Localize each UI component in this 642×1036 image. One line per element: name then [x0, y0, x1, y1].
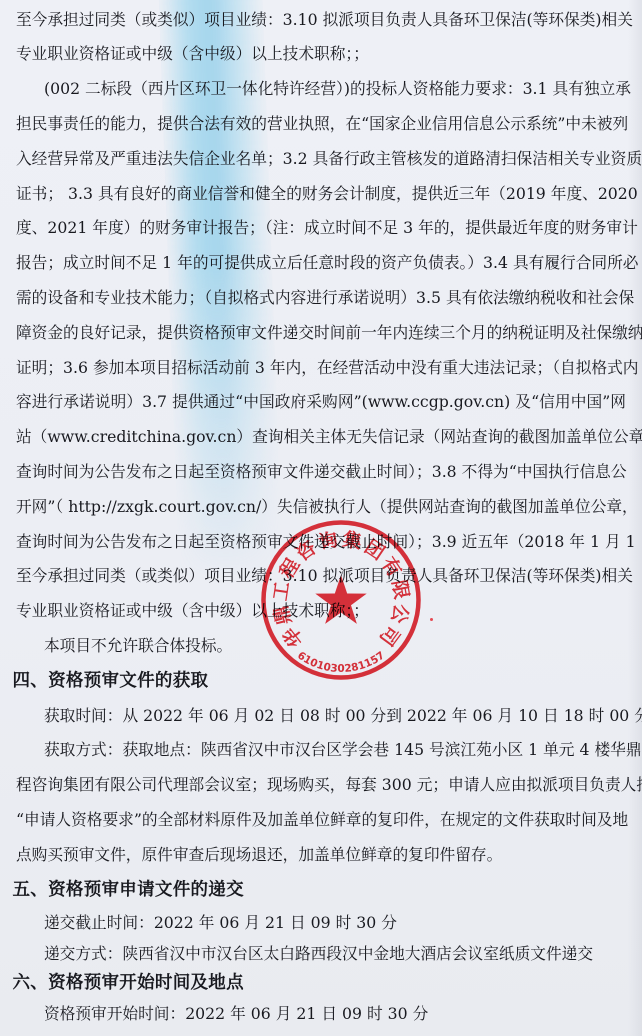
body-line: 专业职业资格证或中级（含中级）以上技术职称；； [16, 37, 626, 72]
acquisition-method-line: 程咨询集团有限公司代理部会议室；现场购买，每套 300 元；申请人应由拟派项目负… [16, 768, 626, 803]
acquisition-time-line: 获取时间：从 2022 年 06 月 02 日 08 时 00 分到 2022 … [16, 699, 626, 734]
section-heading-5: 五、资格预审申请文件的递交 [13, 873, 627, 908]
acquisition-method-line: 获取方式：获取地点：陕西省汉中市汉台区学会巷 145 号滨江苑小区 1 单元 4… [16, 733, 626, 768]
company-seal: 华鼎工程咨询集团有限公司 6101030281157 [256, 515, 426, 685]
body-line: 需的设备和专业技术能力；（自拟格式内容进行承诺说明）3.5 具有依法缴纳税收和社… [16, 281, 626, 316]
body-line: 查询时间为公告发布之日起至资格预审文件递交截止时间）；3.8 不得为“中国执行信… [16, 455, 626, 490]
acquisition-method-line: 点购买预审文件，原件审查后现场退还，加盖单位鲜章的复印件留存。 [16, 838, 626, 873]
body-line: 度、2021 年度）的财务审计报告；（注：成立时间不足 3 年的，提供最近年度的… [16, 211, 626, 246]
body-line: 担民事责任的能力，提供合法有效的营业执照，在“国家企业信用信息公示系统”中未被列 [16, 107, 626, 142]
submission-method-value: 陕西省汉中市汉台区太白路西段汉中金地大酒店会议室纸质文件递交 [122, 944, 593, 963]
submission-method-line: 递交方式：陕西省汉中市汉台区太白路西段汉中金地大酒店会议室纸质文件递交 [16, 939, 626, 969]
section-heading-6: 六、资格预审开始时间及地点 [13, 969, 627, 999]
star-icon [315, 575, 366, 624]
body-line: 报告；成立时间不足 1 年的可提供成立后任意时段的资产负债表。）3.4 具有履行… [16, 246, 626, 281]
acquisition-time-label: 获取时间： [44, 706, 122, 725]
submission-method-label: 递交方式： [44, 944, 122, 963]
scanned-document-page: 至今承担过同类（或类似）项目业绩：3.10 拟派项目负责人具备环卫保洁(等环保类… [0, 0, 642, 1036]
prequalification-start-value: 2022 年 06 月 21 日 09 时 30 分 [185, 1004, 428, 1023]
body-line: 障资金的良好记录，提供资格预审文件递交时间前一年内连续三个月的纳税证明及社保缴纳 [16, 316, 626, 351]
body-line: 入经营异常及严重违法失信企业名单；3.2 具备行政主管核发的道路清扫保洁相关专业… [16, 142, 626, 177]
submission-deadline-value: 2022 年 06 月 21 日 09 时 30 分 [154, 913, 397, 932]
acquisition-time-value: 从 2022 年 06 月 02 日 08 时 00 分到 2022 年 06 … [122, 706, 642, 725]
body-line: 证书； 3.3 具有良好的商业信誉和健全的财务会计制度，提供近三年（2019 年… [16, 177, 626, 212]
body-line: 容进行承诺说明）3.7 提供通过“中国政府采购网”(www.ccgp.gov.c… [16, 385, 626, 420]
paragraph-first-line: (002 二标段（西片区环卫一体化特许经营）)的投标人资格能力要求：3.1 具有… [16, 72, 626, 107]
submission-deadline-line: 递交截止时间：2022 年 06 月 21 日 09 时 30 分 [16, 907, 626, 939]
body-line: 站（www.creditchina.gov.cn）查询相关主体无失信记录（网站查… [16, 420, 626, 455]
prequalification-start-label: 资格预审开始时间： [44, 1004, 185, 1023]
submission-deadline-label: 递交截止时间： [44, 913, 154, 932]
prequalification-start-line: 资格预审开始时间：2022 年 06 月 21 日 09 时 30 分 [16, 999, 626, 1028]
acquisition-method-line: “申请人资格要求”的全部材料原件及加盖单位鲜章的复印件，在规定的文件获取时间及地 [16, 803, 626, 838]
body-line: 证明；3.6 参加本项目招标活动前 3 年内，在经营活动中没有重大违法记录；（自… [16, 351, 626, 386]
acquisition-method-label: 获取方式： [44, 740, 122, 759]
ink-speck [430, 618, 433, 621]
acquisition-method-text: 获取地点：陕西省汉中市汉台区学会巷 145 号滨江苑小区 1 单元 4 楼华鼎工 [122, 740, 642, 759]
body-line: 至今承担过同类（或类似）项目业绩：3.10 拟派项目负责人具备环卫保洁(等环保类… [16, 3, 626, 38]
